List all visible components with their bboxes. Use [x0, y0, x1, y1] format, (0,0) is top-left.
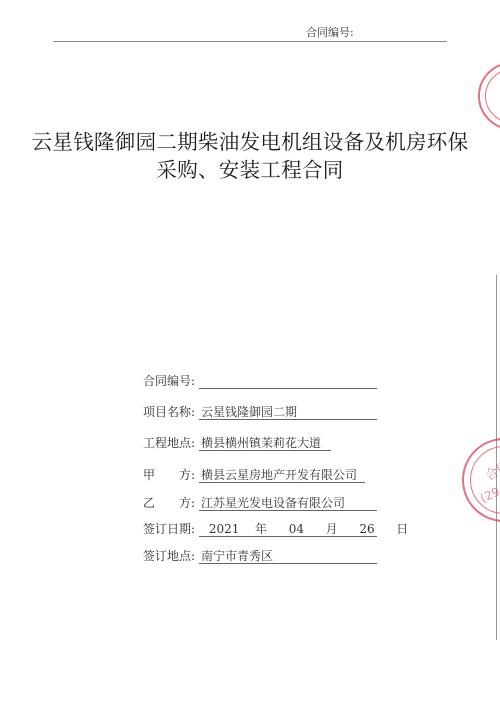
seal-stamp-bottom: 合同 (29 [462, 438, 500, 522]
field-value: 2021 年 04 月 26 日 [199, 520, 377, 537]
field-sign-place: 签订地点: 南宁市青秀区 [143, 547, 201, 565]
field-party-b: 乙 方: 江苏星光发电设备有限公司 [143, 494, 201, 512]
field-label: 乙 方: [143, 494, 201, 511]
document-title: 云星钱隆御园二期柴油发电机组设备及机房环保 采购、安装工程合同 [0, 128, 500, 184]
field-label: 项目名称: [143, 403, 201, 420]
field-site: 工程地点: 横县横州镇茉莉花大道 [143, 434, 201, 452]
date-year-unit: 年 [255, 520, 267, 537]
field-label: 甲 方: [143, 466, 201, 483]
title-line-2: 采购、安装工程合同 [0, 156, 500, 184]
header-rule [53, 41, 447, 42]
field-value: 横县横州镇茉莉花大道 [199, 434, 331, 451]
date-month: 04 [289, 522, 304, 536]
field-value: 云星钱隆御园二期 [199, 403, 377, 420]
field-sign-date: 签订日期: 2021 年 04 月 26 日 [143, 520, 201, 538]
field-value [199, 372, 377, 389]
field-value: 江苏星光发电设备有限公司 [199, 494, 377, 511]
field-label: 签订地点: [143, 547, 201, 564]
seal-stamp-top [478, 62, 500, 130]
field-label: 合同编号: [143, 372, 201, 389]
field-label: 工程地点: [143, 434, 201, 451]
header-contract-no-label: 合同编号: [306, 24, 354, 40]
field-party-a: 甲 方: 横县云星房地产开发有限公司 [143, 466, 201, 484]
title-line-1: 云星钱隆御园二期柴油发电机组设备及机房环保 [0, 128, 500, 156]
field-label: 签订日期: [143, 520, 201, 537]
date-day: 26 [359, 522, 374, 536]
date-month-unit: 月 [326, 520, 338, 537]
field-value: 横县云星房地产开发有限公司 [199, 466, 365, 483]
field-value: 南宁市青秀区 [199, 547, 377, 564]
date-year: 2021 [209, 522, 240, 536]
date-day-unit: 日 [396, 520, 408, 537]
field-project-name: 项目名称: 云星钱隆御园二期 [143, 403, 201, 421]
field-contract-no: 合同编号: [143, 372, 201, 390]
seal-inner-ring [485, 69, 500, 123]
